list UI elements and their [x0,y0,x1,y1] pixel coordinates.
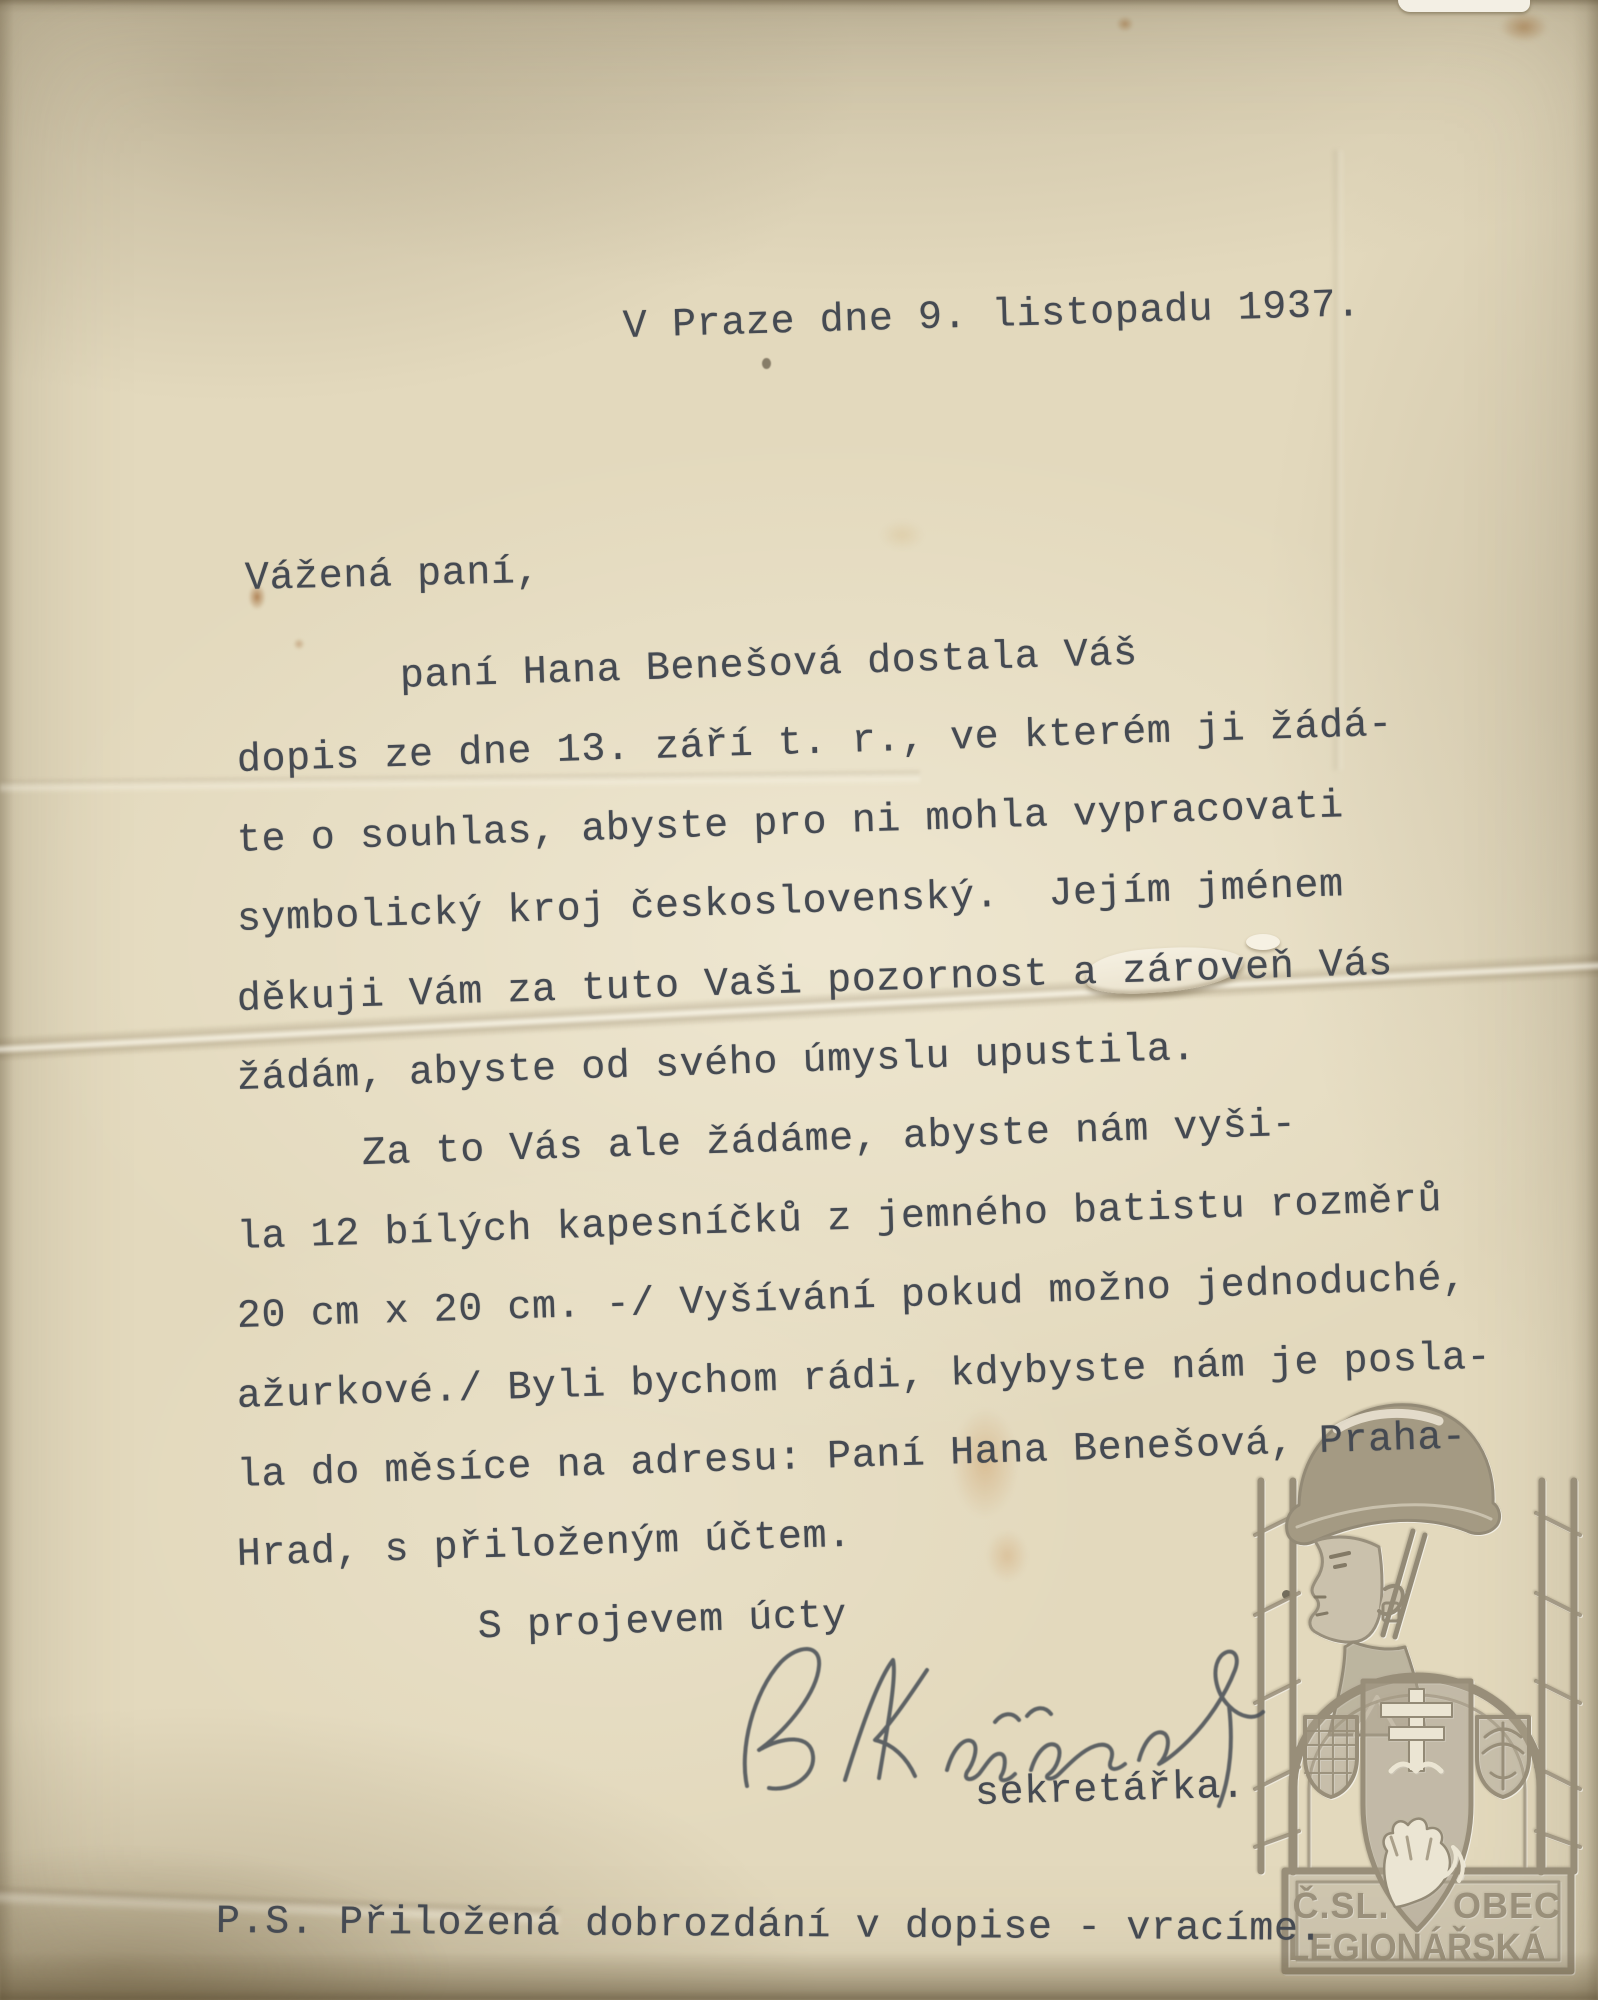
silesian-eagle-shield-icon [1477,1717,1529,1797]
handwritten-signature: B. Klučková [695,1600,1270,1830]
scanned-letter-page: Č.SL. OBEC LEGIONÁŘSKÁ V Praze dne 9. li… [0,0,1598,2000]
emblem-label-legionarska: LEGIONÁŘSKÁ [1288,1925,1546,1969]
postscript: P.S. Přiložená dobrozdání v dopise - vra… [216,1898,1324,1956]
emblem-label-obec: OBEC [1453,1885,1561,1926]
salutation: Vážená paní, [244,548,540,605]
moravian-eagle-shield-icon [1305,1717,1357,1797]
letter-body: paní Hana Benešová dostala Váš dopis ze … [237,643,1577,1675]
